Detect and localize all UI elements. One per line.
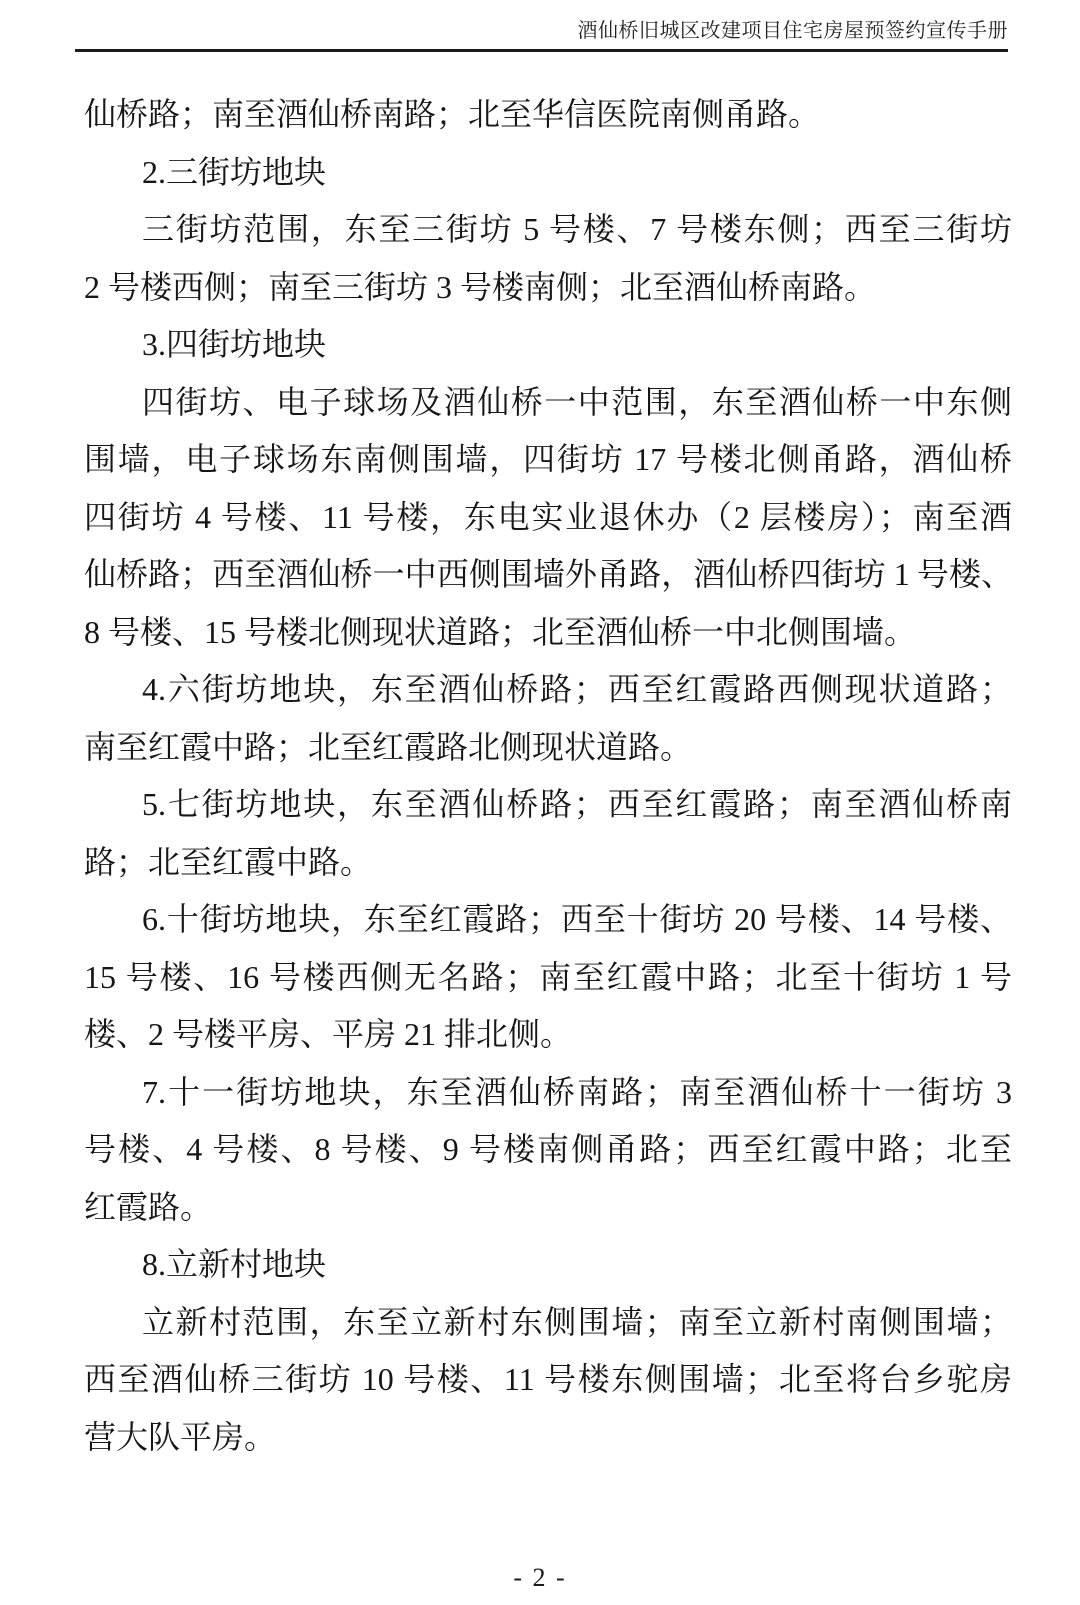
text-line: 8.立新村地块 bbox=[84, 1236, 1012, 1294]
text-line: 仙桥路；南至酒仙桥南路；北至华信医院南侧甬路。 bbox=[84, 86, 1012, 144]
text-line: 号楼、4 号楼、8 号楼、9 号楼南侧甬路；西至红霞中路；北至 bbox=[84, 1121, 1012, 1179]
text-line: 8 号楼、15 号楼北侧现状道路；北至酒仙桥一中北侧围墙。 bbox=[84, 604, 1012, 662]
text-line: 2.三街坊地块 bbox=[84, 144, 1012, 202]
header-title: 酒仙桥旧城区改建项目住宅房屋预签约宣传手册 bbox=[578, 20, 1009, 42]
document-page: 酒仙桥旧城区改建项目住宅房屋预签约宣传手册 仙桥路；南至酒仙桥南路；北至华信医院… bbox=[0, 0, 1080, 1605]
text-line: 6.十街坊地块，东至红霞路；西至十街坊 20 号楼、14 号楼、 bbox=[84, 891, 1012, 949]
text-line: 四街坊、电子球场及酒仙桥一中范围，东至酒仙桥一中东侧 bbox=[84, 374, 1012, 432]
text-line: 7.十一街坊地块，东至酒仙桥南路；南至酒仙桥十一街坊 3 bbox=[84, 1064, 1012, 1122]
text-line: 仙桥路；西至酒仙桥一中西侧围墙外甬路，酒仙桥四街坊 1 号楼、 bbox=[84, 546, 1012, 604]
text-line: 西至酒仙桥三街坊 10 号楼、11 号楼东侧围墙；北至将台乡驼房 bbox=[84, 1351, 1012, 1409]
page-number: - 2 - bbox=[513, 1563, 566, 1592]
text-line: 3.四街坊地块 bbox=[84, 316, 1012, 374]
text-line: 4.六街坊地块，东至酒仙桥路；西至红霞路西侧现状道路； bbox=[84, 661, 1012, 719]
text-line: 立新村范围，东至立新村东侧围墙；南至立新村南侧围墙； bbox=[84, 1294, 1012, 1352]
text-line: 红霞路。 bbox=[84, 1179, 1012, 1237]
text-line: 南至红霞中路；北至红霞路北侧现状道路。 bbox=[84, 719, 1012, 777]
text-line: 2 号楼西侧；南至三街坊 3 号楼南侧；北至酒仙桥南路。 bbox=[84, 259, 1012, 317]
text-line: 5.七街坊地块，东至酒仙桥路；西至红霞路；南至酒仙桥南 bbox=[84, 776, 1012, 834]
text-line: 路；北至红霞中路。 bbox=[84, 834, 1012, 892]
page-footer: - 2 - bbox=[0, 1563, 1080, 1593]
text-line: 三街坊范围，东至三街坊 5 号楼、7 号楼东侧；西至三街坊 bbox=[84, 201, 1012, 259]
page-header: 酒仙桥旧城区改建项目住宅房屋预签约宣传手册 bbox=[75, 14, 1008, 52]
text-line: 楼、2 号楼平房、平房 21 排北侧。 bbox=[84, 1006, 1012, 1064]
text-line: 四街坊 4 号楼、11 号楼，东电实业退休办（2 层楼房）；南至酒 bbox=[84, 489, 1012, 547]
text-line: 围墙，电子球场东南侧围墙，四街坊 17 号楼北侧甬路，酒仙桥 bbox=[84, 431, 1012, 489]
text-line: 营大队平房。 bbox=[84, 1409, 1012, 1467]
text-line: 15 号楼、16 号楼西侧无名路；南至红霞中路；北至十街坊 1 号 bbox=[84, 949, 1012, 1007]
document-body: 仙桥路；南至酒仙桥南路；北至华信医院南侧甬路。 2.三街坊地块 三街坊范围，东至… bbox=[84, 86, 1012, 1466]
